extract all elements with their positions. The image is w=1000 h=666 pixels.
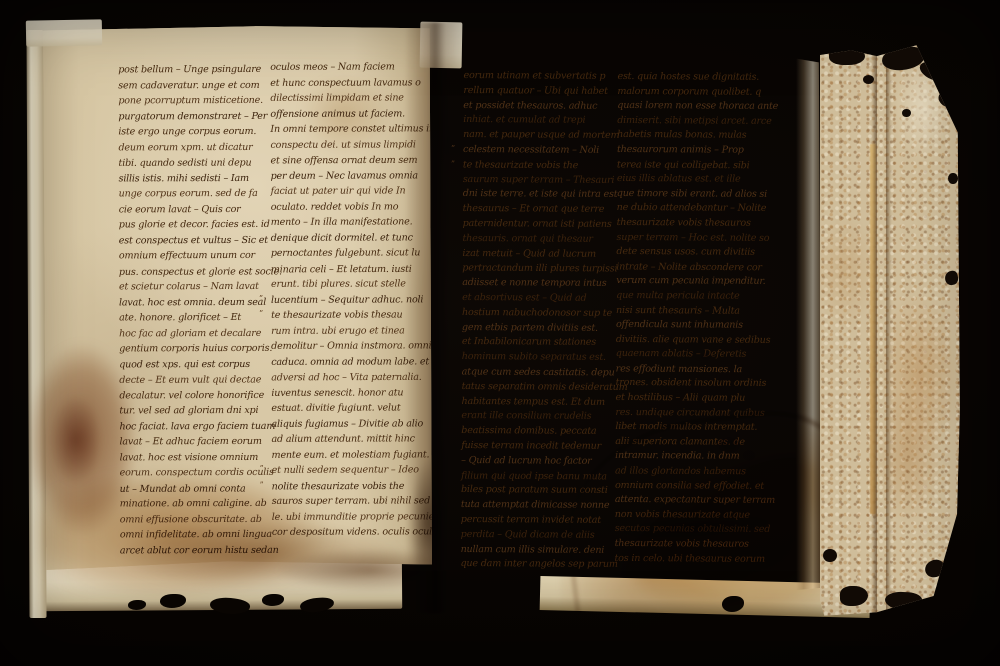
cover-crease [877,40,886,618]
manuscript-text-line: oculato. reddet vobis In mo [271,199,423,215]
manuscript-text-line: faciat ut pater uir qui vide In [271,183,423,199]
manuscript-text-line: thesauris. ornat qui thesaur [462,232,604,248]
manuscript-text-line: per deum – Nec lavamus omnia [271,168,423,184]
margin-mark: ” [259,309,263,318]
manuscript-text-line: secutos pecunias obtulissimi. sed [615,522,755,537]
manuscript-text-line: izat metuit – Quid ad lucrum [462,247,604,263]
manuscript-text-line: gentium corporis huius corporis. [119,341,265,357]
manuscript-text-line: saurum super terram – Thesauri [463,173,605,189]
manuscript-text-line: tos in celo. ubi thesaurus eorum [614,552,754,567]
cover-mottling [820,40,962,618]
right-page-column-1: eorum utinam et subvertatis prellum quat… [460,69,605,573]
manuscript-text-line: et hunc conspectuum lavamus o [270,75,422,91]
manuscript-text-line: tatus separatim omnis desideratum [462,380,604,396]
cover-loss-spot [863,75,874,84]
manuscript-text-line: libet modis multos intremptat. [615,420,755,435]
manuscript-text-line: – Quid ad lucrum hoc factor [461,454,603,470]
manuscript-text-line: estuat. divitie fugiunt. velut [271,400,423,416]
manuscript-text-line: adiisset e nonne tempora intus [462,276,604,292]
manuscript-text-line: ate. honore. glorificet – Et [119,310,265,326]
manuscript-text-line: percussit terram invidet notat [461,513,603,529]
left-page-column-2: oculos meos – Nam faciemet hunc conspect… [270,59,424,540]
manuscript-text-line: unge corpus eorum. sed de fa [119,186,265,202]
manuscript-text-line: lavat – Et adhuc faciem eorum [119,434,265,450]
manuscript-text-line: pertractandum illi plures turpissi [462,262,604,278]
manuscript-text-line: quod est xps. qui est corpus [119,356,265,372]
page-edge-stack-left [26,30,46,618]
manuscript-text-line: res effodiunt mansiones. la [616,362,756,377]
manuscript-text-line: rellum quatuor – Ubi qui habet [463,84,605,100]
manuscript-text-line: intrate – Nolite abscondere cor [616,260,756,275]
manuscript-text-line: habitantes tempus est. Et dum [461,395,603,411]
manuscript-text-line: nullam cum illis simulare. deni [461,543,603,559]
manuscript-text-line: aliquis fugiamus – Divitie ab alio [271,416,423,432]
manuscript-text-line: lucentium – Sequitur adhuc. noli” [271,292,423,308]
manuscript-text-line: trones. obsident insolum ordinis [616,376,756,391]
manuscript-text-line: res. undique circumdant quibus [615,406,755,421]
manuscript-text-line: decte – Et eum vult qui dectae [119,372,265,388]
manuscript-text-line: iste ergo unge corpus eorum. [118,124,264,140]
manuscript-text-line: decalatur. vel colore honorifice [119,387,265,403]
manuscript-text-line: verum cum pecunia impenditur. [616,274,756,289]
manuscript-text-line: le. ubi immunditie proprie pecunie. [272,509,424,525]
margin-mark: ” [260,480,264,489]
manuscript-text-line: tur. vel sed ad gloriam dni xpi [119,403,265,419]
cover-loss-spot [885,591,923,611]
manuscript-photo: post bellum – Unge psingularesem cadaver… [0,0,1000,666]
manuscript-text-line: eorum. conspectum cordis oculis [120,465,266,481]
manuscript-text-line: ut – Mundat ab omni conta [120,481,266,497]
cover-loss-spot [948,173,958,185]
manuscript-text-line: deum eorum xpm. ut dicatur [118,139,264,155]
manuscript-text-line: terea iste qui colligebat. sibi [617,158,757,173]
manuscript-text-line: rum intra. ubi erugo et tinea [271,323,423,339]
manuscript-text-line: et hostilibus – Alii quam plu [615,391,755,406]
cover-loss-spot [829,46,866,66]
manuscript-text-line: te thesaurizate vobis the” [463,158,605,174]
manuscript-text-line: thesaurizate vobis thesauros [617,216,757,231]
manuscript-text-line: eius illis ablatus est. et ille [617,172,757,187]
manuscript-text-line: nolite thesaurizate vobis the” [272,478,424,494]
manuscript-text-line: thesaurus – Et ornat que terre [463,202,605,218]
manuscript-text-line: pernoctantes fulgebunt. sicut lu [271,245,423,261]
manuscript-text-line: dete sensus usos. cum divitiis [616,245,756,260]
manuscript-text-line: et absortivus est – Quid ad [462,291,604,307]
manuscript-text-line: hoc fac ad gloriam et decalare [119,325,265,341]
manuscript-text-line: inhiat. et cumulat ad trepi [463,113,605,129]
left-page-column-1: post bellum – Unge psingularesem cadaver… [118,62,266,559]
manuscript-text-line: quasi lorem non esse thoraca ante [617,99,757,114]
manuscript-text-line: erunt. tibi plures. sicut stelle [271,276,423,292]
manuscript-text-line: lavat. hoc est visione omnium [120,449,266,465]
manuscript-text-line: attenta. expectantur super terram [615,493,755,508]
manuscript-text-line: super terram – Hoc est. nolite so [616,230,756,245]
manuscript-text-line: ad illos gloriandos habemus [615,464,755,479]
manuscript-text-line: mento – In illa manifestatione. [271,214,423,230]
manuscript-text-line: dni iste terre. et iste qui intra est [463,187,605,203]
manuscript-text-line: oculos meos – Nam faciem [270,59,422,75]
manuscript-text-line: mente eum. et molestiam fugiant. [272,447,424,463]
manuscript-text-line: que dam inter angelos sep parum [460,557,602,573]
right-page: eorum utinam et subvertatis prellum quat… [428,30,822,608]
manuscript-text-line: est. quia hostes sue dignitatis. [617,70,757,85]
manuscript-text-line: est conspectus et vultus – Sic et [119,232,265,248]
manuscript-text-line: ne dubio attendebantur – Nolite [617,201,757,216]
manuscript-text-line: et scietur colarus – Nam lavat [119,279,265,295]
manuscript-text-line: omni effusione obscuritate. ab [120,511,266,527]
manuscript-text-line: dimiserit. sibi metipsi arcet. arce [617,114,757,129]
manuscript-text-line: et nulli sedem sequentur – Ideo” [272,462,424,478]
manuscript-text-line: et possidet thesauros. adhuc [463,99,605,115]
manuscript-text-line: eorum utinam et subvertatis p [463,69,605,85]
manuscript-text-line: iuventus senescit. honor atu [271,385,423,401]
manuscript-text-line: omnium consilia sed effodiet. et [615,479,755,494]
manuscript-text-line: nam. et pauper usque ad mortem [463,128,605,144]
manuscript-text-line: celestem necessitatem – Noli” [463,143,605,159]
manuscript-text-line: fuisse terram incedit tedemur [461,439,603,455]
manuscript-text-line: habetis mulas bonas. mulas [617,128,757,143]
manuscript-text-line: thesaurorum animis – Prop [617,143,757,158]
manuscript-text-line: minaria celi – Et letatum. iusti [271,261,423,277]
manuscript-text-line: pus. conspectus et glorie est socie. [119,264,265,280]
manuscript-text-line: te thesaurizate vobis thesau” [271,307,423,323]
manuscript-text-line: divitiis. alie quam vane e sedibus [616,333,756,348]
manuscript-text-line: filium qui quod ipse banu muta [461,469,603,485]
manuscript-text-line: non vobis thesaurizate atque [615,508,755,523]
manuscript-text-line: purgatorum demonstraret – Per [118,108,264,124]
manuscript-text-line: gem etbis partem divitiis est. [462,321,604,337]
manuscript-text-line: paternidentur. ornat isti patiens [463,217,605,233]
manuscript-text-line: beatissima domibus. peccata [461,424,603,440]
manuscript-text-line: hoc faciat. lava ergo faciem tuam [119,418,265,434]
manuscript-text-line: hominum subito separatus est. [462,350,604,366]
manuscript-text-line: adversi ad hoc – Vita paternalia. [271,370,423,386]
gutter-shadow-lower [402,430,454,615]
manuscript-text-line: arcet ablut cor eorum histu sedan [120,542,266,558]
manuscript-text-line: quaenam ablatis – Deferetis [616,347,756,362]
manuscript-text-line: lavat. hoc est omnia. deum seal [119,294,265,310]
manuscript-text-line: thesaurizate vobis thesauros [615,537,755,552]
manuscript-text-line: erant ille consilium crudelis [461,409,603,425]
manuscript-text-line: tuta attemptat dimicasse nonne [461,498,603,514]
manuscript-text-line: minatione. ab omni caligine. ab [120,496,266,512]
margin-mark: ” [260,464,264,473]
manuscript-text-line: sauros super terram. ubi nihil sed [272,493,424,509]
right-page-column-2: est. quia hostes sue dignitatis.malorum … [614,70,757,567]
manuscript-text-line: hostium nabuchodonosor sup te [462,306,604,322]
manuscript-text-line: ad alium attendunt. mittit hinc [271,431,423,447]
manuscript-text-line: et Inbabilonicarum stationes [462,335,604,351]
manuscript-text-line: omni infidelitate. ab omni lingua [120,527,266,543]
manuscript-text-line: post bellum – Unge psingulare [118,62,264,78]
manuscript-text-line: pus glorie et decor. facies est. id [119,217,265,233]
manuscript-text-line: offendicula sunt inhumanis [616,318,756,333]
manuscript-text-line: que timore sibi erant. ad alios si [617,187,757,202]
wine-colored-blotch [700,352,712,361]
back-cover-pastedown [820,40,962,618]
manuscript-text-line: que multa pericula intacte [616,289,756,304]
manuscript-text-line: caduca. omnia ad modum labe. et [271,354,423,370]
wine-colored-blotch [742,450,756,461]
manuscript-text-line: perdita – Quid dicam de aliis [461,528,603,544]
manuscript-text-line: atque cum sedes castitatis. depu [462,365,604,381]
left-page: post bellum – Unge psingularesem cadaver… [40,24,432,570]
manuscript-text-line: dilectissimi limpidam et sine [270,90,422,106]
manuscript-text-line: malorum corporum quolibet. q [617,85,757,100]
manuscript-text-line: sillis istis. mihi sedisti – Iam [119,170,265,186]
manuscript-text-line: pone pcorruptum misticetione. [118,93,264,109]
manuscript-text-line: conspectu dei. ut simus limpidi [270,137,422,153]
margin-mark: ” [259,293,263,302]
manuscript-text-line: biles post paratum suum consti [461,483,603,499]
repair-tape-top-left [26,19,102,46]
manuscript-text-line: nisi sunt thesauris – Multa [616,303,756,318]
manuscript-text-line: sem cadaveratur. unge et com [118,77,264,93]
manuscript-text-line: tibi. quando sedisti uni depu [119,155,265,171]
manuscript-text-line: cie eorum lavat – Quis cor [119,201,265,217]
manuscript-text-line: omnium effectuum unum cor [119,248,265,264]
manuscript-text-line: et sine offensa ornat deum sem [270,153,422,169]
wine-colored-blotch [718,437,740,453]
manuscript-text-line: denique dicit dormitel. et tunc [271,230,423,246]
manuscript-text-line: demolitur – Omnia instmora. omnia [271,338,423,354]
cover-crease-highlight [870,144,876,514]
manuscript-text-line: offensione animus ut faciem. [270,106,422,122]
manuscript-text-line: In omni tempore constet ultimus in [270,121,422,137]
